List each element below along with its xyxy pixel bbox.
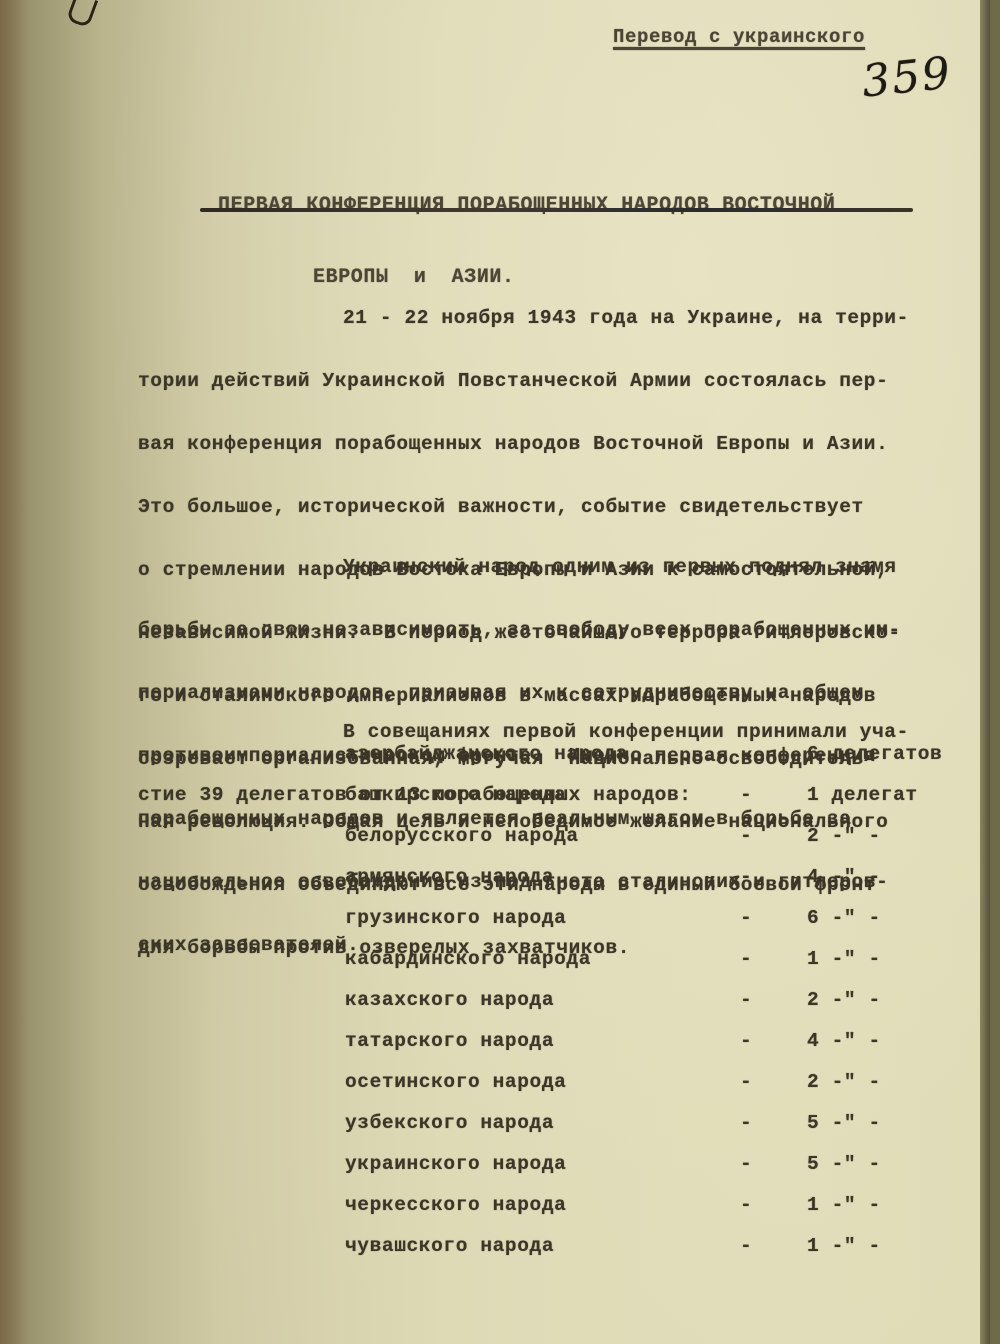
pen-mark-icon <box>66 0 98 28</box>
delegate-row: узбекского народа - 5 -" - <box>345 1112 965 1153</box>
delegate-row: грузинского народа - 6 -" - <box>345 907 965 948</box>
nation-name: башкирского народа <box>345 784 566 806</box>
text-line: вая конференция порабощенных народов Вос… <box>138 434 909 455</box>
text-line: Украинский народ одним из первых поднял … <box>138 557 901 578</box>
dash-separator: - <box>740 866 752 888</box>
delegate-count: 2 -" - <box>807 825 881 847</box>
document-page: Перевод с украинского 359 ПЕРВАЯ КОНФЕРЕ… <box>0 0 990 1344</box>
delegate-row: казахского народа - 2 -" - <box>345 989 965 1030</box>
text-line: В совещаниях первой конференции принимал… <box>138 722 909 743</box>
delegate-count: 1 -" - <box>807 1194 881 1216</box>
delegate-row: башкирского народа - 1 делегат <box>345 784 965 825</box>
nation-name: черкесского народа <box>345 1194 566 1216</box>
delegate-count: 4 -" - <box>807 866 881 888</box>
dash-separator: - <box>740 1235 752 1257</box>
nation-name: осетинского народа <box>345 1071 566 1093</box>
dash-separator: - <box>740 743 752 765</box>
nation-name: азербайджанского народа <box>345 743 628 765</box>
nation-name: грузинского народа <box>345 907 566 929</box>
dash-separator: - <box>740 907 752 929</box>
nation-name: армянского народа <box>345 866 554 888</box>
delegate-list: азербайджанского народа - 6 делегатов ба… <box>345 743 965 1276</box>
delegate-count: 1 делегат <box>807 784 918 806</box>
delegate-row: азербайджанского народа - 6 делегатов <box>345 743 965 784</box>
dash-separator: - <box>740 1112 752 1134</box>
dash-separator: - <box>740 948 752 970</box>
delegate-row: армянского народа - 4 -" - <box>345 866 965 907</box>
translation-note: Перевод с украинского <box>613 26 865 48</box>
scan-shadow <box>0 0 28 1344</box>
dash-separator: - <box>740 825 752 847</box>
title-line-1: ПЕРВАЯ КОНФЕРЕНЦИЯ ПОРАБОЩЕННЫХ НАРОДОВ … <box>218 194 836 218</box>
delegate-count: 1 -" - <box>807 1235 881 1257</box>
page-edge <box>980 0 990 1344</box>
delegate-count: 1 -" - <box>807 948 881 970</box>
delegate-row: кабардинского народа - 1 -" - <box>345 948 965 989</box>
delegate-row: черкесского народа - 1 -" - <box>345 1194 965 1235</box>
nation-name: казахского народа <box>345 989 554 1011</box>
nation-name: кабардинского народа <box>345 948 591 970</box>
delegate-row: осетинского народа - 2 -" - <box>345 1071 965 1112</box>
dash-separator: - <box>740 784 752 806</box>
text-line: борьбы за свою независимость, за свободу… <box>138 620 901 641</box>
dash-separator: - <box>740 1194 752 1216</box>
nation-name: узбекского народа <box>345 1112 554 1134</box>
delegate-count: 2 -" - <box>807 1071 881 1093</box>
delegate-count: 5 -" - <box>807 1112 881 1134</box>
delegate-row: чувашского народа - 1 -" - <box>345 1235 965 1276</box>
dash-separator: - <box>740 1153 752 1175</box>
delegate-count: 4 -" - <box>807 1030 881 1052</box>
delegate-count: 2 -" - <box>807 989 881 1011</box>
dash-separator: - <box>740 989 752 1011</box>
title-divider <box>200 208 913 212</box>
dash-separator: - <box>740 1030 752 1052</box>
delegate-count: 5 -" - <box>807 1153 881 1175</box>
handwritten-page-number: 359 <box>860 47 955 107</box>
delegate-row: белорусского народа - 2 -" - <box>345 825 965 866</box>
nation-name: украинского народа <box>345 1153 566 1175</box>
dash-separator: - <box>740 1071 752 1093</box>
text-line: тории действий Украинской Повстанческой … <box>138 371 909 392</box>
delegate-row: татарского народа - 4 -" - <box>345 1030 965 1071</box>
delegate-row: украинского народа - 5 -" - <box>345 1153 965 1194</box>
text-line: 21 - 22 ноября 1943 года на Украине, на … <box>138 308 909 329</box>
delegate-count: 6 делегатов <box>807 743 942 765</box>
nation-name: чувашского народа <box>345 1235 554 1257</box>
nation-name: белорусского народа <box>345 825 579 847</box>
nation-name: татарского народа <box>345 1030 554 1052</box>
delegate-count: 6 -" - <box>807 907 881 929</box>
